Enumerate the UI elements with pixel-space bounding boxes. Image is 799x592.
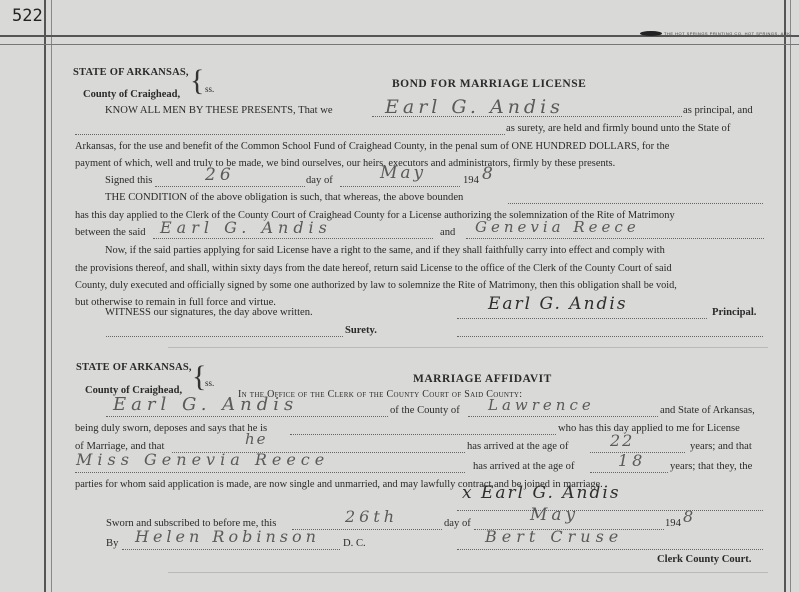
sworn-year-suffix: 8 (683, 507, 693, 526)
affiant-signature: x Earl G. Andis (462, 483, 621, 503)
page-number: 522 (12, 6, 43, 26)
bond-county-heading: County of Craighead, (83, 89, 180, 100)
groom-age: 22 (610, 431, 634, 450)
state-label: and State of Arkansas, (660, 405, 755, 416)
between-and-label: and (440, 227, 455, 238)
deputy-name: Helen Robinson (135, 527, 320, 546)
surety-name-field (75, 122, 505, 135)
bond-line1-prefix: KNOW ALL MEN BY THESE PRESENTS, That we (105, 105, 333, 116)
right-margin-rule-inner (790, 0, 791, 592)
groom-ref: he (245, 430, 268, 448)
bride-full-name: Miss Genevia Reece (76, 450, 329, 469)
affidavit-title: MARRIAGE AFFIDAVIT (413, 373, 552, 385)
bond-state-heading: STATE OF ARKANSAS, (73, 67, 189, 78)
applied-for-license: who has this day applied to me for Licen… (558, 423, 740, 434)
bottom-divider (168, 572, 768, 573)
of-county-label: of the County of (390, 405, 460, 416)
witness-line: WITNESS our signatures, the day above wr… (105, 307, 313, 318)
sworn-day-of-label: day of (444, 518, 471, 529)
years-that-they: years; that they, the (670, 461, 752, 472)
groom-arrived-label: has arrived at the age of (467, 441, 568, 452)
clerk-signature: Bert Cruse (485, 527, 623, 546)
affidavit-state-heading: STATE OF ARKANSAS, (76, 362, 192, 373)
left-margin-rule-inner (51, 0, 52, 592)
bride-name: Genevia Reece (475, 218, 640, 236)
occupation-field (290, 422, 556, 435)
section-divider (168, 347, 768, 348)
bond-title: BOND FOR MARRIAGE LICENSE (392, 78, 586, 90)
bride-arrived-label: has arrived at the age of (473, 461, 574, 472)
bond-line1-suffix: as principal, and (683, 105, 753, 116)
clerk-label: Clerk County Court. (657, 554, 751, 565)
bond-brace: { (190, 66, 204, 96)
between-label: between the said (75, 227, 146, 238)
signed-year-prefix: 194 (463, 175, 479, 186)
dc-label: D. C. (343, 538, 366, 549)
signed-label: Signed this (105, 175, 152, 186)
county-name: Lawrence (488, 396, 595, 414)
signed-month: May (380, 163, 426, 183)
surety-label: Surety. (345, 325, 377, 336)
sworn-year-prefix: 194 (665, 518, 681, 529)
sworn-month: May (530, 505, 579, 525)
by-label: By (106, 538, 118, 549)
principal-signature: Earl G. Andis (488, 294, 628, 314)
signed-year-suffix: 8 (482, 164, 493, 184)
bond-line4: payment of which, well and truly to be m… (75, 158, 615, 169)
principal-name: Earl G. Andis (385, 96, 564, 118)
groom-name: Earl G. Andis (160, 218, 332, 237)
left-margin-rule (44, 0, 46, 592)
now-line3: County, duly executed and officially sig… (75, 280, 677, 291)
surety-signature-line (106, 324, 343, 337)
bond-line3: Arkansas, for the use and benefit of the… (75, 141, 669, 152)
affiant-name: Earl G. Andis (113, 394, 298, 415)
bride-age: 18 (618, 451, 646, 470)
affidavit-ss: ss. (205, 378, 214, 388)
top-rule-2 (0, 44, 799, 45)
now-line2: the provisions thereof, and shall, withi… (75, 263, 672, 274)
bounden-field (508, 191, 763, 204)
surety-signature-line-right (457, 324, 763, 337)
signed-day: 26 (205, 165, 235, 185)
printer-imprint: THE HOT SPRINGS PRINTING CO. HOT SPRINGS… (664, 31, 792, 36)
printer-logo-icon (640, 31, 662, 36)
signed-day-of-label: day of (306, 175, 333, 186)
principal-label: Principal. (712, 307, 756, 318)
sworn-line: being duly sworn, deposes and says that … (75, 423, 267, 434)
condition-line: THE CONDITION of the above obligation is… (105, 192, 463, 203)
bond-line2-suffix: as surety, are held and firmly bound unt… (506, 123, 730, 134)
bond-ss: ss. (205, 84, 214, 94)
right-margin-rule (784, 0, 786, 592)
years-and-that: years; and that (690, 441, 752, 452)
sworn-day: 26th (345, 507, 398, 526)
now-line1: Now, if the said parties applying for sa… (105, 245, 665, 256)
